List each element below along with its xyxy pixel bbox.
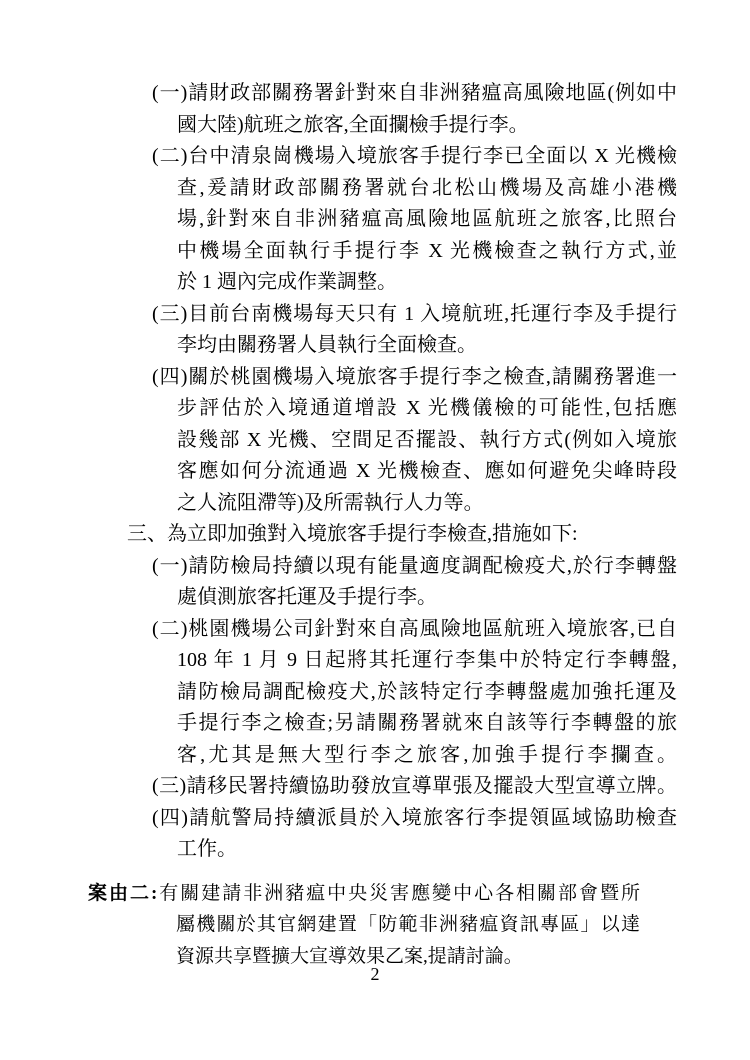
item-label: (一) <box>152 82 187 104</box>
section-three-heading: 三、為立即加強對入境旅客手提行李檢查,措施如下: <box>0 519 750 551</box>
text-line: (四)請航警局持續派員於入境旅客行李提領區域協助檢查 <box>152 803 677 835</box>
text-line: 客,尤其是無大型行李之旅客,加強手提行李攔查。 <box>177 740 677 772</box>
item-text: 請航警局持續派員於入境旅客行李提領區域協助檢查 <box>188 807 677 829</box>
text-line: 李均由關務署人員執行全面檢查。 <box>177 330 677 362</box>
section-three-sub-item-2: (二)桃園機場公司針對來自高風險地區航班入境旅客,已自 108 年 1 月 9 … <box>0 614 750 772</box>
text-line: 查,爰請財政部關務署就台北松山機場及高雄小港機 <box>177 173 677 205</box>
text-line: (三)請移民署持續協助發放宣導單張及擺設大型宣導立牌。 <box>152 771 677 803</box>
sub-item-3: (三)目前台南機場每天只有 1 入境航班,托運行李及手提行 李均由關務署人員執行… <box>0 299 750 362</box>
text-line: 國大陸)航班之旅客,全面攔檢手提行李。 <box>177 110 677 142</box>
item-text: 台中清泉崗機場入境旅客手提行李已全面以 X 光機檢 <box>187 145 677 167</box>
section-three-sub-item-3: (三)請移民署持續協助發放宣導單張及擺設大型宣導立牌。 <box>0 771 750 803</box>
text-line: 設幾部 X 光機、空間足否擺設、執行方式(例如入境旅 <box>177 425 677 457</box>
case-text: 有關建請非洲豬瘟中央災害應變中心各相關部會暨所 <box>157 883 640 904</box>
text-line: 之人流阻滯等)及所需執行人力等。 <box>177 488 677 520</box>
sub-item-4: (四)關於桃園機場入境旅客手提行李之檢查,請關務署進一 步評估於入境通道增設 X… <box>0 362 750 520</box>
text-line: 客應如何分流通過 X 光機檢查、應如何避免尖峰時段 <box>177 456 677 488</box>
text-line: 處偵測旅客托運及手提行李。 <box>177 582 677 614</box>
item-label: (二) <box>152 618 187 640</box>
sub-item-1: (一)請財政部關務署針對來自非洲豬瘟高風險地區(例如中 國大陸)航班之旅客,全面… <box>0 78 750 141</box>
item-label: (一) <box>152 555 187 577</box>
item-label: (四) <box>152 366 187 388</box>
item-label: (三) <box>152 775 186 797</box>
text-line: 108 年 1 月 9 日起將其托運行李集中於特定行李轉盤, <box>177 645 677 677</box>
text-line: 步評估於入境通道增設 X 光機儀檢的可能性,包括應 <box>177 393 677 425</box>
item-text: 請移民署持續協助發放宣導單張及擺設大型宣導立牌。 <box>186 775 677 797</box>
text-line: (四)關於桃園機場入境旅客手提行李之檢查,請關務署進一 <box>152 362 677 394</box>
item-label: (二) <box>152 145 187 167</box>
text-line: 三、為立即加強對入境旅客手提行李檢查,措施如下: <box>127 519 677 551</box>
section-three-sub-item-1: (一)請防檢局持續以現有能量適度調配檢疫犬,於行李轉盤 處偵測旅客托運及手提行李… <box>0 551 750 614</box>
text-line: (二)桃園機場公司針對來自高風險地區航班入境旅客,已自 <box>152 614 677 646</box>
item-text: 桃園機場公司針對來自高風險地區航班入境旅客,已自 <box>187 618 677 640</box>
text-line: 於 1 週內完成作業調整。 <box>177 267 677 299</box>
text-line: 案由二:有關建請非洲豬瘟中央災害應變中心各相關部會暨所 <box>88 878 640 910</box>
item-label: (三) <box>152 303 187 325</box>
text-line: (三)目前台南機場每天只有 1 入境航班,托運行李及手提行 <box>152 299 677 331</box>
section-three-sub-item-4: (四)請航警局持續派員於入境旅客行李提領區域協助檢查 工作。 <box>0 803 750 866</box>
text-line: 場,針對來自非洲豬瘟高風險地區航班之旅客,比照台 <box>177 204 677 236</box>
text-line: (一)請財政部關務署針對來自非洲豬瘟高風險地區(例如中 <box>152 78 677 110</box>
text-line: 屬機關於其官網建置「防範非洲豬瘟資訊專區」以達 <box>176 909 640 941</box>
text-line: 中機場全面執行手提行李 X 光機檢查之執行方式,並 <box>177 236 677 268</box>
case-two-paragraph: 案由二:有關建請非洲豬瘟中央災害應變中心各相關部會暨所 屬機關於其官網建置「防範… <box>0 878 750 973</box>
document-page: (一)請財政部關務署針對來自非洲豬瘟高風險地區(例如中 國大陸)航班之旅客,全面… <box>0 0 750 1060</box>
sub-item-2: (二)台中清泉崗機場入境旅客手提行李已全面以 X 光機檢 查,爰請財政部關務署就… <box>0 141 750 299</box>
text-line: (一)請防檢局持續以現有能量適度調配檢疫犬,於行李轉盤 <box>152 551 677 583</box>
item-text: 請防檢局持續以現有能量適度調配檢疫犬,於行李轉盤 <box>187 555 677 577</box>
item-text: 請財政部關務署針對來自非洲豬瘟高風險地區(例如中 <box>187 82 677 104</box>
text-line: (二)台中清泉崗機場入境旅客手提行李已全面以 X 光機檢 <box>152 141 677 173</box>
text-line: 手提行李之檢查;另請關務署就來自該等行李轉盤的旅 <box>177 708 677 740</box>
text-line: 請防檢局調配檢疫犬,於該特定行李轉盤處加強托運及 <box>177 677 677 709</box>
text-line: 工作。 <box>177 834 677 866</box>
item-text: 關於桃園機場入境旅客手提行李之檢查,請關務署進一 <box>187 366 677 388</box>
document-body: (一)請財政部關務署針對來自非洲豬瘟高風險地區(例如中 國大陸)航班之旅客,全面… <box>0 78 750 972</box>
item-label: 三、 <box>127 523 167 545</box>
item-text: 為立即加強對入境旅客手提行李檢查,措施如下: <box>167 523 578 545</box>
item-text: 目前台南機場每天只有 1 入境航班,托運行李及手提行 <box>187 303 677 325</box>
page-number: 2 <box>0 964 750 984</box>
item-label: (四) <box>152 807 188 829</box>
case-label: 案由二: <box>88 883 157 904</box>
